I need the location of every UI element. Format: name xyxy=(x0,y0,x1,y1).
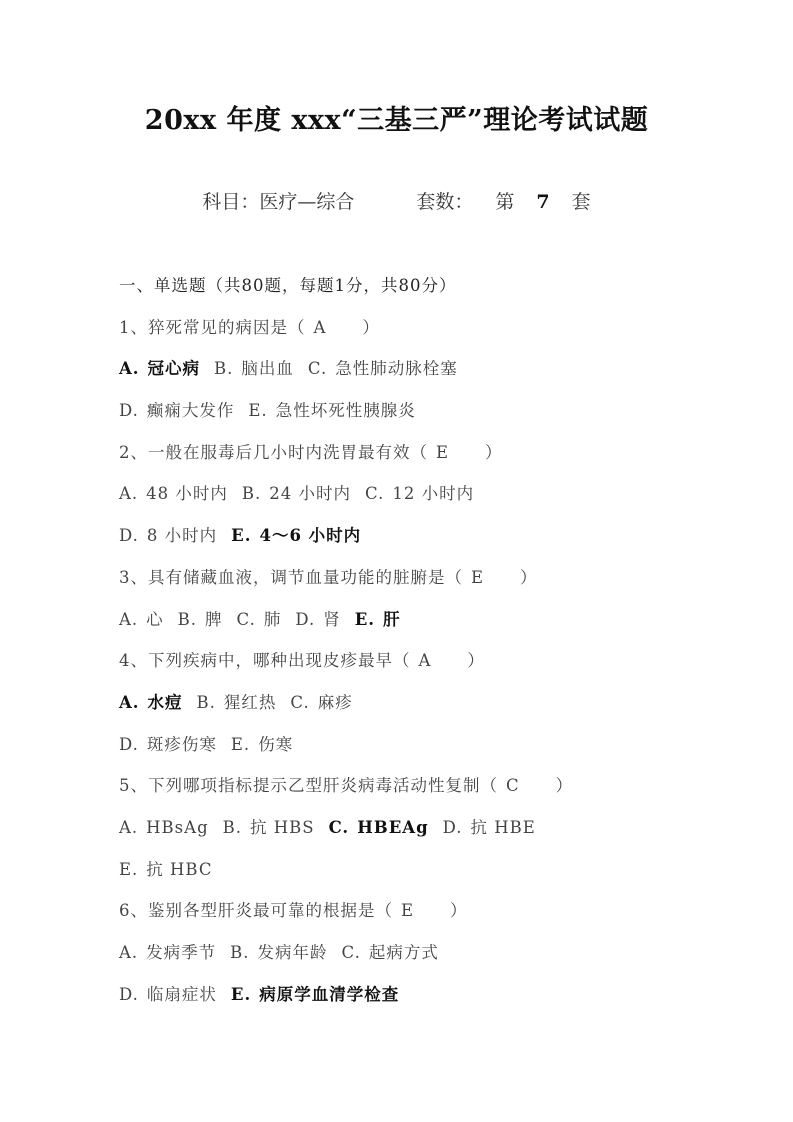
question-close-paren: ） xyxy=(362,318,380,337)
option-text: 肺 xyxy=(264,610,282,629)
option-text: 斑疹伤寒 xyxy=(147,735,217,754)
answer-key: A xyxy=(314,314,327,342)
option-label: D. xyxy=(119,401,139,420)
option-label: A. xyxy=(119,943,138,962)
question-close-paren: ） xyxy=(450,901,468,920)
answer-option: E.肝 xyxy=(355,606,401,634)
option-text: 抗 HBE xyxy=(471,818,536,837)
option-label: A. xyxy=(119,818,138,837)
option-label: C. xyxy=(290,693,309,712)
option-text: HBsAg xyxy=(146,818,208,837)
answer-option: B.脾 xyxy=(178,606,223,634)
option-text: 24 小时内 xyxy=(269,484,351,503)
option-text: 病原学血清学检查 xyxy=(259,985,399,1004)
answer-option: A.发病季节 xyxy=(119,939,216,967)
set-suffix: 套 xyxy=(572,191,591,213)
option-text: 4～6 小时内 xyxy=(259,526,361,545)
answer-option: C.急性肺动脉栓塞 xyxy=(308,355,458,383)
answer-option: B.抗 HBS xyxy=(223,814,315,842)
option-text: 癫痫大发作 xyxy=(147,401,235,420)
answer-option: C.麻疹 xyxy=(290,689,352,717)
subject-label: 科目：医疗—综合 xyxy=(202,191,354,213)
option-text: 脑出血 xyxy=(241,359,294,378)
option-text: 脾 xyxy=(205,610,223,629)
document-title: 20xx 年度 xxx“三基三严”理论考试试题 xyxy=(0,98,793,137)
question-text: 2、一般在服毒后几小时内洗胃最有效（ xyxy=(119,443,428,462)
option-text: 抗 HBC xyxy=(146,860,212,879)
answer-option: D.抗 HBE xyxy=(443,814,536,842)
option-label: B. xyxy=(197,693,216,712)
option-label: E. xyxy=(231,735,250,754)
option-text: 8 小时内 xyxy=(147,526,217,545)
option-text: 发病季节 xyxy=(146,943,216,962)
option-label: D. xyxy=(295,610,315,629)
option-line: D.斑疹伤寒E.伤寒 xyxy=(119,731,739,773)
option-label: D. xyxy=(119,985,139,1004)
question-stem: 5、下列哪项指标提示乙型肝炎病毒活动性复制（C） xyxy=(119,772,739,814)
question-list: 一、单选题（共80题，每题1分，共80分） 1、猝死常见的病因是（A）A.冠心病… xyxy=(119,272,739,1022)
option-line: A.水痘B.猩红热C.麻疹 xyxy=(119,689,739,731)
answer-option: D.8 小时内 xyxy=(119,522,217,550)
answer-option: D.癫痫大发作 xyxy=(119,397,234,425)
question-close-paren: ） xyxy=(520,568,538,587)
question-close-paren: ） xyxy=(485,443,503,462)
option-label: A. xyxy=(119,610,138,629)
option-text: 水痘 xyxy=(148,693,183,712)
answer-option: E.急性坏死性胰腺炎 xyxy=(248,397,415,425)
option-text: 肾 xyxy=(323,610,341,629)
question-stem: 4、下列疾病中，哪种出现皮疹最早（A） xyxy=(119,647,739,689)
option-label: E. xyxy=(231,526,251,545)
option-text: 临扇症状 xyxy=(147,985,217,1004)
option-label: C. xyxy=(329,818,350,837)
question-close-paren: ） xyxy=(467,651,485,670)
option-label: B. xyxy=(223,818,242,837)
option-text: 心 xyxy=(146,610,164,629)
option-text: 猩红热 xyxy=(224,693,277,712)
option-text: HBEAg xyxy=(357,818,428,837)
option-label: C. xyxy=(237,610,256,629)
option-line: E.抗 HBC xyxy=(119,856,739,898)
document-subtitle: 科目：医疗—综合套数：第7套 xyxy=(0,187,793,214)
option-label: B. xyxy=(178,610,197,629)
question-text: 6、鉴别各型肝炎最可靠的根据是（ xyxy=(119,901,393,920)
option-label: C. xyxy=(308,359,327,378)
option-label: E. xyxy=(355,610,375,629)
option-text: 伤寒 xyxy=(258,735,293,754)
option-text: 冠心病 xyxy=(148,359,201,378)
option-label: B. xyxy=(242,484,261,503)
option-text: 48 小时内 xyxy=(146,484,228,503)
answer-option: D.斑疹伤寒 xyxy=(119,731,217,759)
option-label: D. xyxy=(119,526,139,545)
option-label: E. xyxy=(231,985,251,1004)
option-label: C. xyxy=(342,943,361,962)
option-label: B. xyxy=(230,943,249,962)
answer-key: E xyxy=(401,897,414,925)
option-label: B. xyxy=(214,359,233,378)
answer-option: C.HBEAg xyxy=(329,814,429,842)
answer-option: A.心 xyxy=(119,606,164,634)
question-close-paren: ） xyxy=(556,776,574,795)
answer-option: B.发病年龄 xyxy=(230,939,327,967)
option-text: 肝 xyxy=(383,610,401,629)
answer-option: A.HBsAg xyxy=(119,814,209,842)
answer-option: E.病原学血清学检查 xyxy=(231,981,399,1009)
section-heading: 一、单选题（共80题，每题1分，共80分） xyxy=(119,272,739,314)
answer-option: A.48 小时内 xyxy=(119,480,228,508)
option-line: A.HBsAgB.抗 HBSC.HBEAgD.抗 HBE xyxy=(119,814,739,856)
answer-option: E.抗 HBC xyxy=(119,856,213,884)
option-line: D.8 小时内E.4～6 小时内 xyxy=(119,522,739,564)
set-label: 套数： xyxy=(416,191,473,213)
answer-option: C.12 小时内 xyxy=(365,480,474,508)
answer-key: E xyxy=(471,564,484,592)
option-label: D. xyxy=(119,735,139,754)
answer-option: B.脑出血 xyxy=(214,355,294,383)
question-stem: 2、一般在服毒后几小时内洗胃最有效（E） xyxy=(119,439,739,481)
answer-option: D.肾 xyxy=(295,606,340,634)
option-line: A.冠心病B.脑出血C.急性肺动脉栓塞 xyxy=(119,355,739,397)
option-text: 急性坏死性胰腺炎 xyxy=(276,401,416,420)
question-text: 5、下列哪项指标提示乙型肝炎病毒活动性复制（ xyxy=(119,776,498,795)
question-stem: 1、猝死常见的病因是（A） xyxy=(119,314,739,356)
answer-key: A xyxy=(419,647,432,675)
answer-key: C xyxy=(506,772,520,800)
option-label: E. xyxy=(248,401,267,420)
set-number: 7 xyxy=(536,191,549,213)
option-line: A.心B.脾C.肺D.肾E.肝 xyxy=(119,606,739,648)
option-label: A. xyxy=(119,484,138,503)
question-text: 1、猝死常见的病因是（ xyxy=(119,318,306,337)
question-stem: 3、具有储藏血液，调节血量功能的脏腑是（E） xyxy=(119,564,739,606)
option-text: 麻疹 xyxy=(318,693,353,712)
answer-option: E.伤寒 xyxy=(231,731,293,759)
option-text: 起病方式 xyxy=(369,943,439,962)
option-line: A.48 小时内B.24 小时内C.12 小时内 xyxy=(119,480,739,522)
question-stem: 6、鉴别各型肝炎最可靠的根据是（E） xyxy=(119,897,739,939)
question-text: 3、具有储藏血液，调节血量功能的脏腑是（ xyxy=(119,568,463,587)
option-line: D.癫痫大发作E.急性坏死性胰腺炎 xyxy=(119,397,739,439)
answer-key: E xyxy=(436,439,449,467)
option-text: 发病年龄 xyxy=(258,943,328,962)
option-label: A. xyxy=(119,359,140,378)
answer-option: E.4～6 小时内 xyxy=(231,522,361,550)
question-text: 4、下列疾病中，哪种出现皮疹最早（ xyxy=(119,651,411,670)
option-label: C. xyxy=(365,484,384,503)
answer-option: D.临扇症状 xyxy=(119,981,217,1009)
option-line: A.发病季节B.发病年龄C.起病方式 xyxy=(119,939,739,981)
option-text: 抗 HBS xyxy=(250,818,315,837)
option-text: 急性肺动脉栓塞 xyxy=(335,359,458,378)
option-text: 12 小时内 xyxy=(392,484,474,503)
answer-option: C.起病方式 xyxy=(342,939,439,967)
answer-option: A.冠心病 xyxy=(119,355,200,383)
option-label: A. xyxy=(119,693,140,712)
answer-option: A.水痘 xyxy=(119,689,183,717)
answer-option: B.24 小时内 xyxy=(242,480,351,508)
option-label: E. xyxy=(119,860,138,879)
answer-option: B.猩红热 xyxy=(197,689,277,717)
option-line: D.临扇症状E.病原学血清学检查 xyxy=(119,981,739,1023)
option-label: D. xyxy=(443,818,463,837)
answer-option: C.肺 xyxy=(237,606,282,634)
set-prefix: 第 xyxy=(495,191,514,213)
